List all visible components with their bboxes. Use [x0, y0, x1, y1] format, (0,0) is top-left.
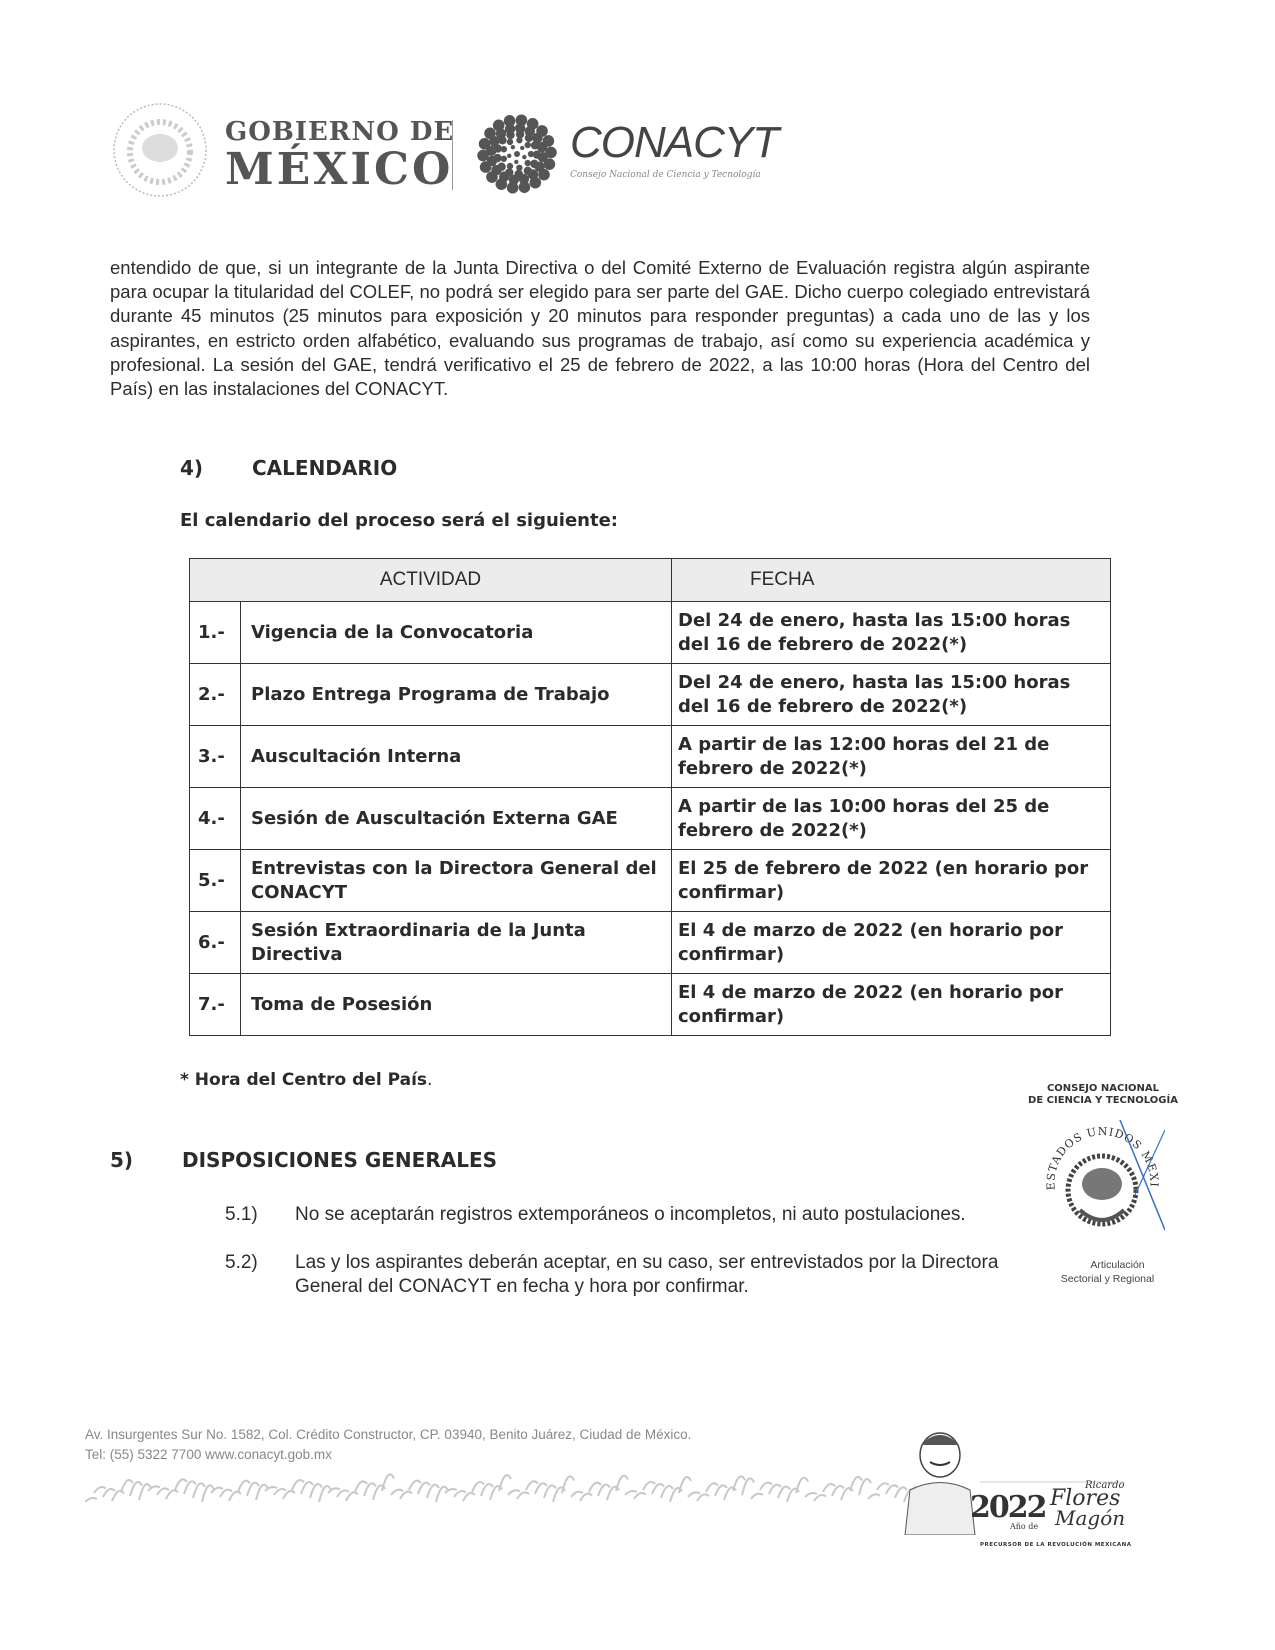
row-activity: Toma de Posesión [241, 974, 672, 1036]
flores-ano-de: Año de [1010, 1522, 1038, 1531]
header-fecha: FECHA [672, 559, 1111, 602]
address-line: Av. Insurgentes Sur No. 1582, Col. Crédi… [85, 1425, 691, 1445]
table-row: 4.-Sesión de Auscultación Externa GAEA p… [190, 788, 1111, 850]
row-date: El 25 de febrero de 2022 (en horario por… [672, 850, 1111, 912]
row-number: 2.- [190, 664, 241, 726]
row-activity: Auscultación Interna [241, 726, 672, 788]
stamp-foot-line2: Sectorial y Regional [1040, 1272, 1175, 1286]
row-date: A partir de las 10:00 horas del 25 de fe… [672, 788, 1111, 850]
table-row: 2.-Plazo Entrega Programa de TrabajoDel … [190, 664, 1111, 726]
letterhead: GOBIERNO DE MÉXICO CONACYT Consejo Nacio… [110, 100, 830, 210]
table-row: 3.-Auscultación InternaA partir de las 1… [190, 726, 1111, 788]
table-header-row: ACTIVIDAD FECHA [190, 559, 1111, 602]
time-zone-note: * Hora del Centro del País. [180, 1070, 432, 1090]
row-number: 3.- [190, 726, 241, 788]
row-activity: Plazo Entrega Programa de Trabajo [241, 664, 672, 726]
table-row: 7.-Toma de PosesiónEl 4 de marzo de 2022… [190, 974, 1111, 1036]
table-row: 6.-Sesión Extraordinaria de la Junta Dir… [190, 912, 1111, 974]
item-number: 5.1) [225, 1203, 285, 1227]
mexico-coat-of-arms-icon [110, 100, 210, 200]
row-date: Del 24 de enero, hasta las 15:00 horas d… [672, 602, 1111, 664]
row-number: 4.- [190, 788, 241, 850]
table-row: 5.-Entrevistas con la Directora General … [190, 850, 1111, 912]
flores-tagline: PRECURSOR DE LA REVOLUCIÓN MEXICANA [980, 1542, 1132, 1548]
contact-line: Tel: (55) 5322 7700 www.conacyt.gob.mx [85, 1445, 691, 1465]
note-text: * Hora del Centro del País [180, 1070, 427, 1090]
stamp-footer: Articulación Sectorial y Regional [1040, 1258, 1175, 1286]
table-row: 1.-Vigencia de la ConvocatoriaDel 24 de … [190, 602, 1111, 664]
item-text: Las y los aspirantes deberán aceptar, en… [295, 1251, 1055, 1299]
section-title: CALENDARIO [252, 456, 397, 480]
row-number: 1.- [190, 602, 241, 664]
conacyt-subtitle: Consejo Nacional de Ciencia y Tecnología [570, 170, 761, 180]
calendar-table: ACTIVIDAD FECHA 1.-Vigencia de la Convoc… [189, 558, 1111, 1036]
note-period: . [427, 1070, 432, 1090]
row-date: A partir de las 12:00 horas del 21 de fe… [672, 726, 1111, 788]
row-date: El 4 de marzo de 2022 (en horario por co… [672, 974, 1111, 1036]
stamp-header: CONSEJO NACIONAL DE CIENCIA Y TECNOLOGÍA [1028, 1083, 1178, 1107]
official-seal-icon: ESTADOS UNIDOS MEXICANOS [1040, 1120, 1165, 1245]
row-number: 5.- [190, 850, 241, 912]
body-paragraph: entendido de que, si un integrante de la… [110, 256, 1090, 401]
calendar-intro: El calendario del proceso será el siguie… [180, 510, 618, 531]
row-date: El 4 de marzo de 2022 (en horario por co… [672, 912, 1111, 974]
item-text: No se aceptarán registros extemporáneos … [295, 1203, 1055, 1227]
row-number: 7.- [190, 974, 241, 1036]
section-number: 4) [180, 456, 252, 480]
stamp-foot-line1: Articulación [1060, 1258, 1175, 1272]
item-number: 5.2) [225, 1251, 285, 1275]
footer-address: Av. Insurgentes Sur No. 1582, Col. Crédi… [85, 1425, 691, 1465]
row-activity: Vigencia de la Convocatoria [241, 602, 672, 664]
row-activity: Sesión de Auscultación Externa GAE [241, 788, 672, 850]
stamp-line2: DE CIENCIA Y TECNOLOGÍA [1028, 1095, 1178, 1107]
decorative-pattern-icon [85, 1468, 915, 1502]
stamp-line1: CONSEJO NACIONAL [1028, 1083, 1178, 1095]
row-number: 6.- [190, 912, 241, 974]
gobierno-de-mexico-logo: GOBIERNO DE MÉXICO [225, 118, 454, 194]
section-4-heading: 4)CALENDARIO [180, 456, 397, 480]
header-actividad: ACTIVIDAD [190, 559, 672, 602]
section-title: DISPOSICIONES GENERALES [182, 1148, 497, 1172]
gob-line1: GOBIERNO DE [225, 118, 454, 146]
section-5-heading: 5)DISPOSICIONES GENERALES [110, 1148, 497, 1172]
gob-line2: MÉXICO [225, 146, 454, 194]
flores-magon: Magón [1055, 1506, 1125, 1530]
row-activity: Entrevistas con la Directora General del… [241, 850, 672, 912]
logo-divider [452, 120, 453, 190]
section-number: 5) [110, 1148, 182, 1172]
flores-year: 2022 [970, 1490, 1046, 1525]
conacyt-logo-text: CONACYT [570, 118, 778, 168]
row-date: Del 24 de enero, hasta las 15:00 horas d… [672, 664, 1111, 726]
row-activity: Sesión Extraordinaria de la Junta Direct… [241, 912, 672, 974]
conacyt-dots-icon [475, 112, 559, 196]
